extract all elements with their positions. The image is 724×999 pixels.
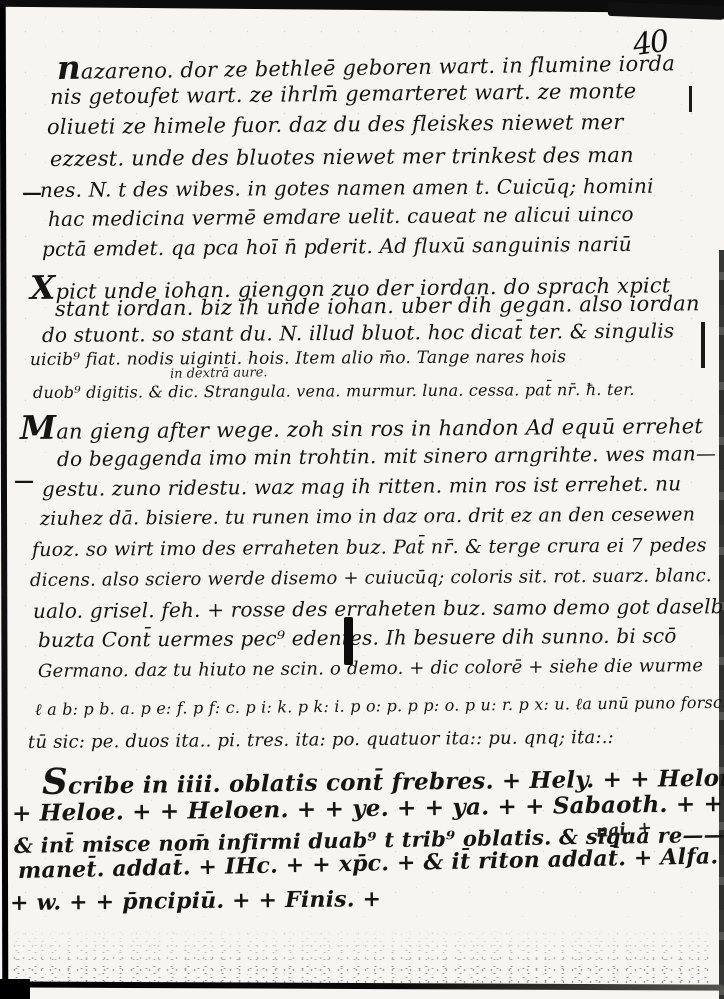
manuscript-line: ualo. grisel. feh. + rosse des erraheten… [33, 594, 724, 623]
manuscript-line: do stuont. so stant du. N. illud bluot. … [42, 319, 674, 347]
manuscript-line: hac medicina vermē emdare uelit. caueat … [48, 202, 634, 231]
manuscript-line: ziuhez dā. bisiere. tu runen imo in daz … [40, 503, 695, 530]
manuscript-line: buzta Cont̄ uermes pec⁹ edentes. Ih besu… [38, 624, 677, 652]
manuscript-line: oliueti ze himele fuor. daz du des fleis… [47, 110, 624, 139]
margin-hyphen-2: — [14, 468, 34, 492]
manuscript-line: dicens. also sciero werde disemo + cuiuc… [30, 565, 712, 591]
manuscript-line: do begagenda imo min trohtin. mit sinero… [57, 441, 716, 471]
manuscript-line: ezzest. unde des bluotes niewet mer trin… [50, 143, 634, 171]
margin-tick-small [689, 86, 692, 112]
manuscript-line: + w. + + p̄ncipiū. + + Finis. + [10, 886, 381, 916]
margin-tick-paragraph [701, 322, 705, 368]
interlinear-gloss-adonai: nai. + [595, 818, 652, 842]
manuscript-line: pctā emdet. qa pca hoī n̄ pderit. Ad flu… [42, 232, 632, 261]
margin-hyphen-1: — [22, 180, 42, 204]
manuscript-scan: 40 nazareno. dor ze bethleē geboren wart… [0, 0, 724, 999]
manuscript-line: stant iordan. biz ih unde iohan. uber di… [55, 291, 700, 321]
manuscript-line: nes. N. t des wibes. in gotes namen amen… [40, 174, 654, 202]
manuscript-line: gestu. zuno ridestu. waz mag ih ritten. … [42, 471, 681, 501]
manuscript-line: Germano. daz tu hiuto ne scin. o demo. +… [38, 655, 703, 682]
manuscript-line: uicib⁹ fiat. nodis uiginti. hois. Item a… [30, 347, 566, 370]
initial-i-bar [344, 617, 353, 665]
manuscript-line: Man gieng after wege. zoh sin ros in han… [20, 402, 703, 447]
manuscript-line: tū sic: pe. duos ita.. pi. tres. ita: po… [28, 727, 614, 753]
manuscript-line: fuoz. so wirt imo des erraheten buz. Pat… [32, 534, 707, 561]
manuscript-line: ℓ a b: p b. a. p e: f. p f: c. p i: k. p… [35, 693, 724, 720]
manuscript-text: nazareno. dor ze bethleē geboren wart. i… [0, 0, 724, 999]
manuscript-line: duob⁹ digitis. & dic. Strangula. vena. m… [33, 380, 635, 402]
manuscript-line: nis getoufet wart. ze ihrlm̄ gemarteret … [50, 79, 637, 109]
interlinear-gloss-dextra-aure: in dextrā aure. [170, 365, 268, 382]
